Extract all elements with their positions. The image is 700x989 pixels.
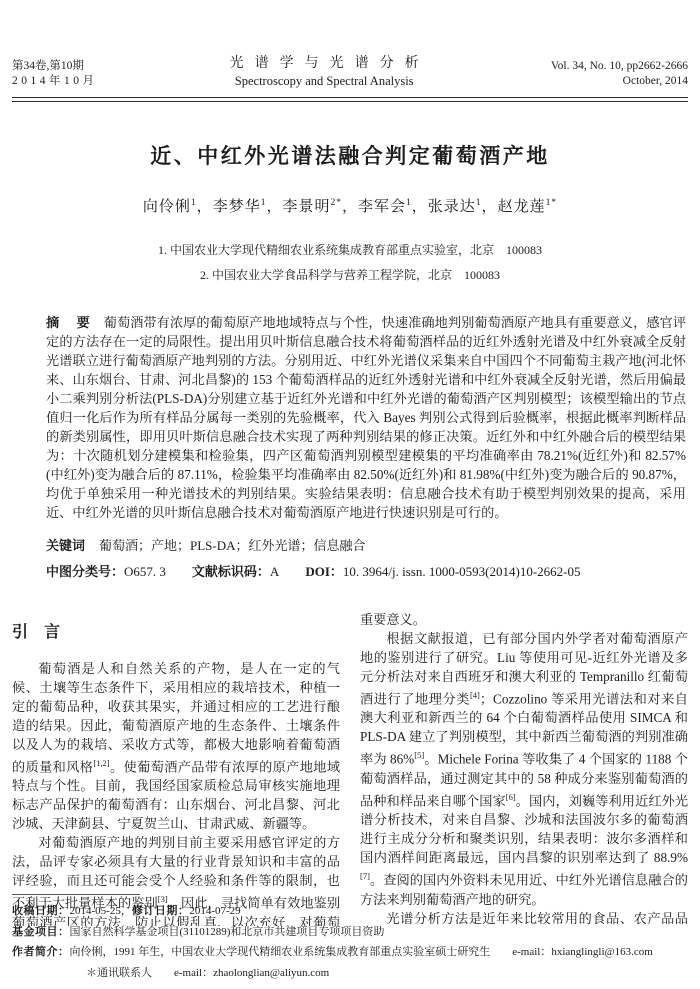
author-name: 赵龙莲 bbox=[498, 199, 546, 215]
keywords-line: 关键词葡萄酒；产地；PLS-DA；红外光谱；信息融合 bbox=[46, 534, 686, 558]
doi-value: 10. 3964/j. issn. 1000-0593(2014)10-2662… bbox=[343, 564, 581, 579]
footnote-corresponding-author: ＊通讯联系人 e-mail：zhaolonglian@aliyun.com bbox=[12, 963, 688, 984]
footnote-author-bio: 作者简介：向伶俐，1991 年生，中国农业大学现代精细农业系统集成教育部重点实验… bbox=[12, 942, 688, 963]
abstract-label: 摘 要 bbox=[46, 315, 92, 330]
left-column: 引 言 葡萄酒是人和自然关系的产物，是人在一定的气候、土壤等生态条件下，采用相应… bbox=[12, 610, 340, 926]
text-segment: 葡萄酒是人和自然关系的产物，是人在一定的气候、土壤等生态条件下，采用相应的栽培技… bbox=[12, 661, 340, 774]
meta-line: 中图分类号：O657. 3文献标识码：ADOI：10. 3964/j. issn… bbox=[46, 560, 686, 584]
doi-label: DOI： bbox=[305, 564, 343, 579]
journal-title-block: 光谱学与光谱分析 Spectroscopy and Spectral Analy… bbox=[219, 52, 430, 89]
author-name: 李景明 bbox=[282, 199, 330, 215]
citation-ref: [5] bbox=[414, 750, 424, 760]
text-segment: 2014-07-29 bbox=[189, 905, 240, 917]
citation-ref: [6] bbox=[506, 792, 516, 802]
keywords-label: 关键词 bbox=[46, 538, 85, 553]
affiliation: 2. 中国农业大学食品科学与营养工程学院，北京 100083 bbox=[0, 263, 700, 288]
abstract-text: 葡萄酒带有浓厚的葡萄原产地地域特点与个性，快速准确地判别葡萄酒原产地具有重要意义… bbox=[46, 315, 686, 520]
right-column-paragraphs: 重要意义。根据文献报道，已有部分国内外学者对葡萄酒原产地的鉴别进行了研究。Liu… bbox=[360, 610, 688, 926]
journal-header: 第34卷,第10期 2014年10月 光谱学与光谱分析 Spectroscopy… bbox=[0, 0, 700, 94]
citation-ref: [1,2] bbox=[93, 758, 109, 768]
footnote-divider bbox=[12, 894, 140, 895]
affiliation-list: 1. 中国农业大学现代精细农业系统集成教育部重点实验室，北京 1000832. … bbox=[0, 238, 700, 288]
right-column: 重要意义。根据文献报道，已有部分国内外学者对葡萄酒原产地的鉴别进行了研究。Liu… bbox=[360, 610, 688, 926]
affiliation: 1. 中国农业大学现代精细农业系统集成教育部重点实验室，北京 100083 bbox=[0, 238, 700, 263]
header-divider bbox=[12, 97, 688, 102]
volume-pages: Vol. 34, No. 10, pp2662-2666 bbox=[551, 59, 688, 74]
paragraph: 根据文献报道，已有部分国内外学者对葡萄酒原产地的鉴别进行了研究。Liu 等使用可… bbox=[360, 629, 688, 909]
text-segment: 2014-05-25， bbox=[70, 905, 132, 917]
paper-page: 第34卷,第10期 2014年10月 光谱学与光谱分析 Spectroscopy… bbox=[0, 0, 700, 989]
text-segment: 收稿日期： bbox=[12, 905, 70, 917]
citation-ref: [4] bbox=[470, 690, 480, 700]
text-segment: 国家自然科学基金项目(31101289)和北京市共建项目专项项目资助 bbox=[70, 926, 385, 938]
issue-info: 第34卷,第10期 2014年10月 bbox=[12, 59, 98, 89]
author-affiliation-mark: 1 bbox=[406, 198, 412, 208]
author-affiliation-mark: 1 bbox=[261, 198, 267, 208]
article-body: 引 言 葡萄酒是人和自然关系的产物，是人在一定的气候、土壤等生态条件下，采用相应… bbox=[12, 610, 688, 926]
section-heading-introduction: 引 言 bbox=[12, 623, 340, 642]
author-affiliation-mark: 1 bbox=[476, 198, 482, 208]
journal-title-cn: 光谱学与光谱分析 bbox=[219, 52, 430, 72]
author-affiliation-mark: 1* bbox=[546, 198, 558, 208]
author-list: 向伶俐1，李梦华1，李景明2*，李军会1，张录达1，赵龙莲1* bbox=[0, 195, 700, 216]
text-segment: 向伶俐，1991 年生，中国农业大学现代精细农业系统集成教育部重点实验室硕士研究… bbox=[70, 946, 653, 958]
left-column-paragraphs: 葡萄酒是人和自然关系的产物，是人在一定的气候、土壤等生态条件下，采用相应的栽培技… bbox=[12, 659, 340, 926]
footnote-received-date: 收稿日期：2014-05-25，修订日期：2014-07-29 bbox=[12, 901, 688, 922]
issue-date-cn: 2014年10月 bbox=[12, 74, 98, 89]
text-segment: ＊通讯联系人 e-mail：zhaolonglian@aliyun.com bbox=[86, 967, 329, 979]
doc-code-value: A bbox=[270, 564, 279, 579]
footnotes: 收稿日期：2014-05-25，修订日期：2014-07-29 基金项目：国家自… bbox=[12, 894, 688, 983]
citation-ref: [7] bbox=[360, 871, 370, 881]
author-affiliation-mark: 1 bbox=[191, 198, 197, 208]
journal-title-en: Spectroscopy and Spectral Analysis bbox=[219, 74, 430, 89]
text-segment: 修订日期： bbox=[132, 905, 190, 917]
text-segment: 基金项目： bbox=[12, 926, 70, 938]
abstract: 摘 要葡萄酒带有浓厚的葡萄原产地地域特点与个性，快速准确地判别葡萄酒原产地具有重… bbox=[46, 313, 686, 522]
doc-code-label: 文献标识码： bbox=[192, 564, 270, 579]
paragraph: 重要意义。 bbox=[360, 610, 688, 629]
author-name: 李军会 bbox=[358, 199, 406, 215]
text-segment: 作者简介： bbox=[12, 946, 70, 958]
clc-label: 中图分类号： bbox=[46, 564, 124, 579]
issue-date-en: October, 2014 bbox=[551, 74, 688, 89]
volume-info: Vol. 34, No. 10, pp2662-2666 October, 20… bbox=[551, 59, 688, 89]
footnote-funding: 基金项目：国家自然科学基金项目(31101289)和北京市共建项目专项项目资助 bbox=[12, 922, 688, 943]
author-name: 向伶俐 bbox=[143, 199, 191, 215]
paragraph: 葡萄酒是人和自然关系的产物，是人在一定的气候、土壤等生态条件下，采用相应的栽培技… bbox=[12, 659, 340, 833]
keywords-text: 葡萄酒；产地；PLS-DA；红外光谱；信息融合 bbox=[99, 538, 366, 553]
paper-title: 近、中红外光谱法融合判定葡萄酒产地 bbox=[0, 140, 700, 170]
author-name: 张录达 bbox=[428, 199, 476, 215]
clc-value: O657. 3 bbox=[124, 564, 166, 579]
author-name: 李梦华 bbox=[213, 199, 261, 215]
text-segment: 重要意义。 bbox=[360, 612, 426, 627]
author-affiliation-mark: 2* bbox=[330, 198, 342, 208]
issue-volume: 第34卷,第10期 bbox=[12, 59, 98, 74]
